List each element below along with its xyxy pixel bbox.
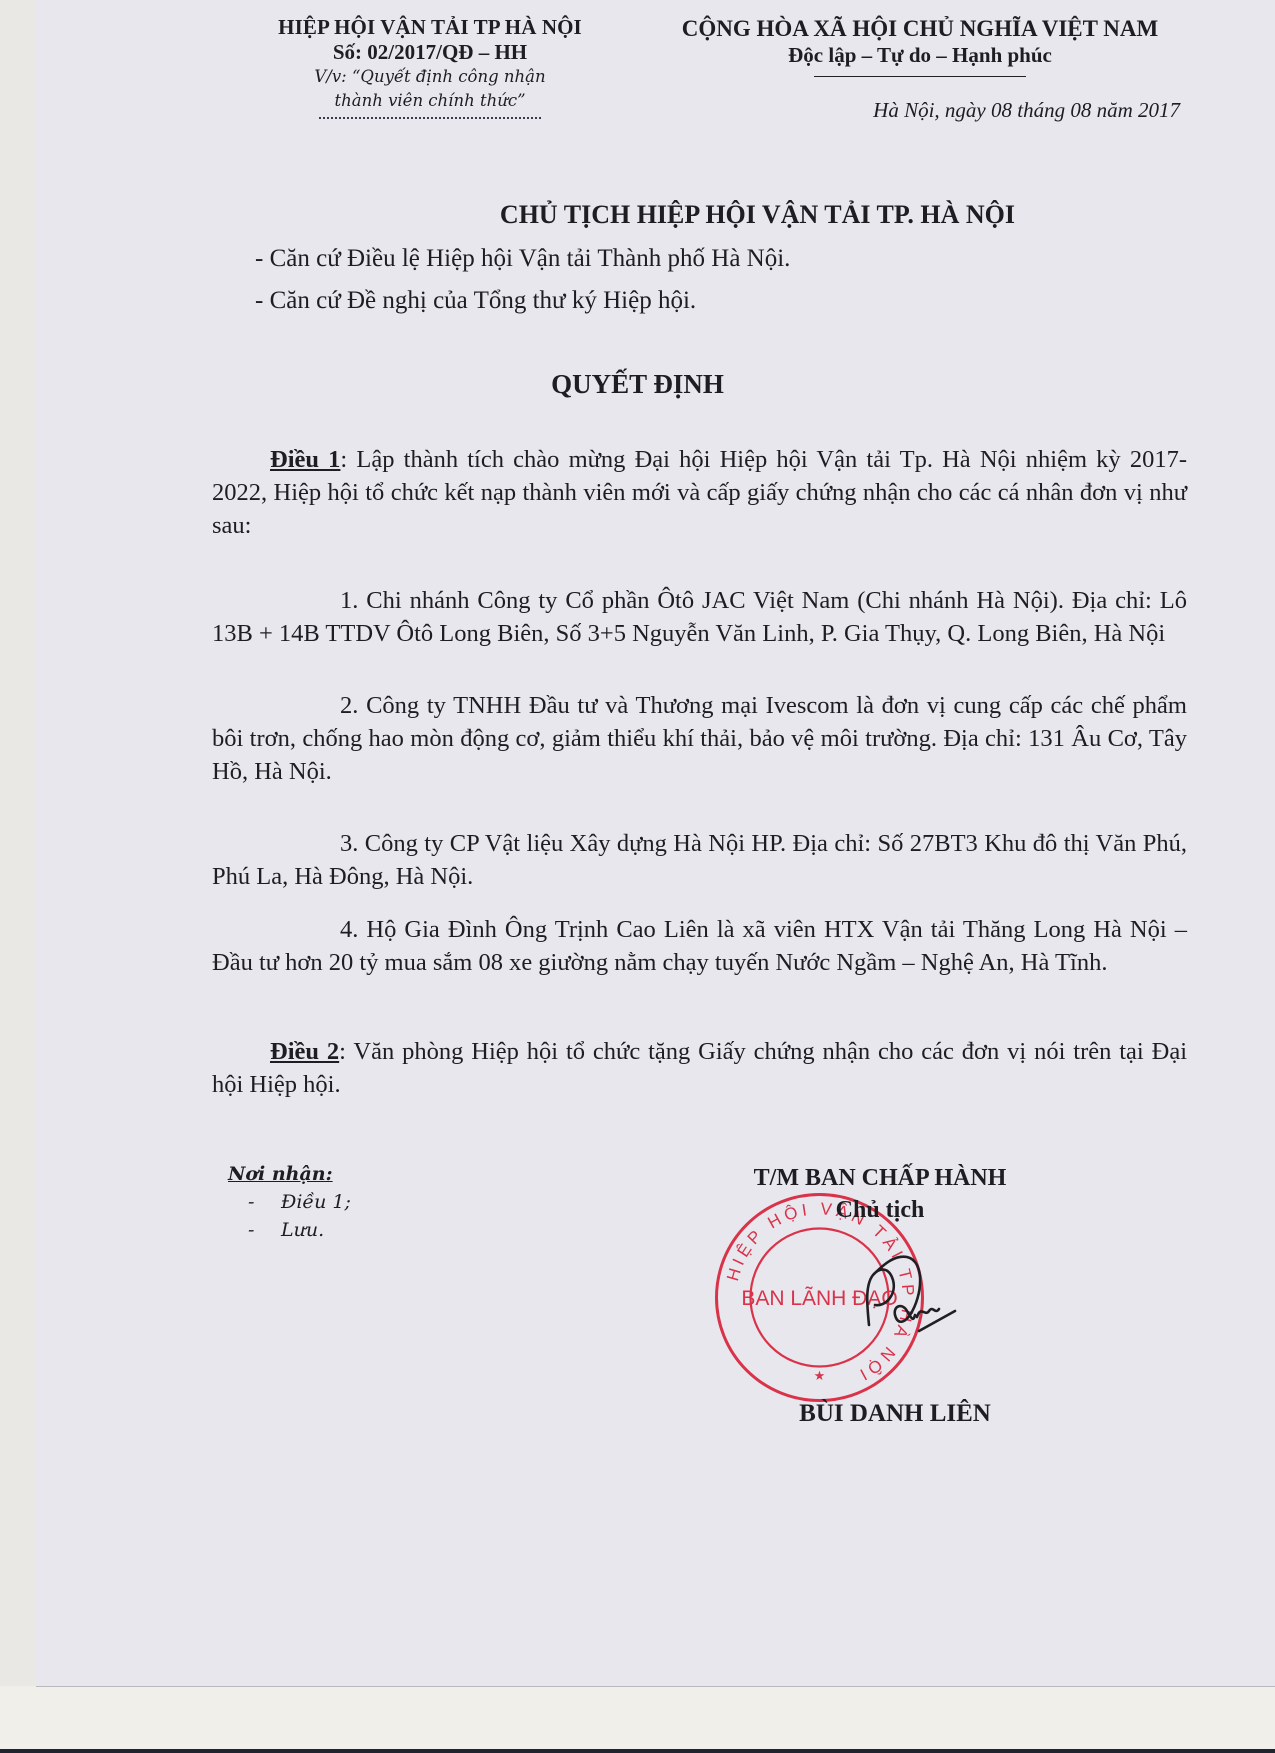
- member-item: 1. Chi nhánh Công ty Cổ phần Ôtô JAC Việ…: [212, 584, 1187, 650]
- legal-basis-2: - Căn cứ Đề nghị của Tổng thư ký Hiệp hộ…: [255, 287, 696, 315]
- article-2: Điều 2: Văn phòng Hiệp hội tổ chức tặng …: [212, 1035, 1187, 1101]
- issuer-title: CHỦ TỊCH HIỆP HỘI VẬN TẢI TP. HÀ NỘI: [240, 200, 1040, 230]
- signer-name: BÙI DANH LIÊN: [700, 1400, 1060, 1428]
- subject-line-2: thành viên chính thức”: [220, 89, 640, 113]
- article-2-text: : Văn phòng Hiệp hội tổ chức tặng Giấy c…: [212, 1038, 1187, 1098]
- signature-block: T/M BAN CHẤP HÀNH Chủ tịch: [700, 1163, 1060, 1225]
- on-behalf-of: T/M BAN CHẤP HÀNH: [700, 1163, 1060, 1193]
- recipients-block: Nơi nhận: -Điều 1; -Lưu.: [226, 1160, 351, 1244]
- decision-title: QUYẾT ĐỊNH: [0, 369, 1275, 400]
- member-item: 2. Công ty TNHH Đầu tư và Thương mại Ive…: [212, 689, 1187, 788]
- handwritten-signature-icon: [855, 1245, 985, 1355]
- member-number: 3.: [340, 830, 358, 857]
- star-icon: ★: [814, 1368, 826, 1383]
- article-1: Điều 1: Lập thành tích chào mừng Đại hội…: [212, 443, 1187, 542]
- member-number: 4.: [340, 916, 358, 943]
- motto-underline: [814, 76, 1026, 77]
- place-and-date: Hà Nội, ngày 08 tháng 08 năm 2017: [873, 98, 1180, 123]
- recipient-item: -Lưu.: [248, 1216, 351, 1244]
- article-1-label: Điều 1: [270, 446, 340, 473]
- member-number: 1.: [340, 587, 358, 614]
- document-number: Số: 02/2017/QĐ – HH: [220, 40, 640, 65]
- scan-edge: [0, 1749, 1275, 1753]
- issuing-organization-header: HIỆP HỘI VẬN TẢI TP HÀ NỘI Số: 02/2017/Q…: [220, 14, 640, 119]
- member-text: Chi nhánh Công ty Cổ phần Ôtô JAC Việt N…: [212, 587, 1187, 647]
- member-number: 2.: [340, 692, 358, 719]
- member-item: 4. Hộ Gia Đình Ông Trịnh Cao Liên là xã …: [212, 913, 1187, 979]
- legal-basis-1: - Căn cứ Điều lệ Hiệp hội Vận tải Thành …: [255, 245, 790, 273]
- national-header: CỘNG HÒA XÃ HỘI CHỦ NGHĨA VIỆT NAM Độc l…: [640, 14, 1200, 77]
- nation-title: CỘNG HÒA XÃ HỘI CHỦ NGHĨA VIỆT NAM: [640, 14, 1200, 43]
- national-motto: Độc lập – Tự do – Hạnh phúc: [640, 43, 1200, 68]
- scan-margin-left: [0, 0, 36, 1686]
- article-2-label: Điều 2: [270, 1038, 339, 1065]
- recipient-item: -Điều 1;: [248, 1188, 351, 1216]
- member-item: 3. Công ty CP Vật liệu Xây dựng Hà Nội H…: [212, 827, 1187, 893]
- dotted-divider: [319, 117, 541, 119]
- article-1-text: : Lập thành tích chào mừng Đại hội Hiệp …: [212, 446, 1187, 539]
- subject-line-1: V/v: “Quyết định công nhận: [220, 65, 640, 89]
- scan-margin-bottom: [0, 1687, 1275, 1750]
- organization-name: HIỆP HỘI VẬN TẢI TP HÀ NỘI: [220, 14, 640, 40]
- member-text: Hộ Gia Đình Ông Trịnh Cao Liên là xã viê…: [212, 916, 1187, 976]
- recipients-title: Nơi nhận:: [228, 1160, 351, 1188]
- member-text: Công ty TNHH Đầu tư và Thương mại Ivesco…: [212, 692, 1187, 785]
- member-text: Công ty CP Vật liệu Xây dựng Hà Nội HP. …: [212, 830, 1187, 890]
- signer-role: Chủ tịch: [700, 1195, 1060, 1225]
